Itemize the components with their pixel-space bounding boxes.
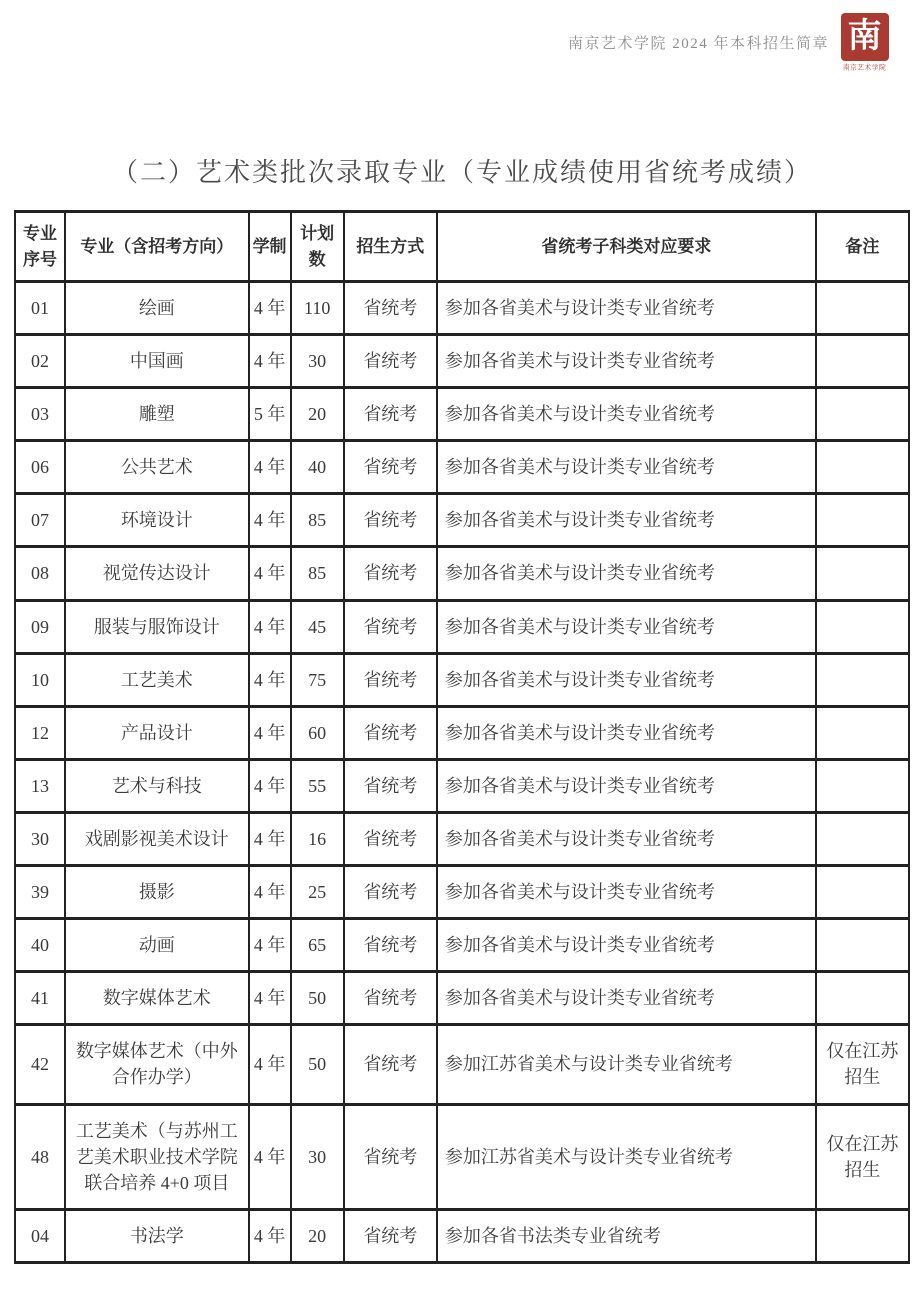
seal-glyph: 南 — [848, 20, 882, 54]
cell-years: 4 年 — [249, 547, 291, 600]
cell-plan: 16 — [291, 812, 344, 865]
cell-requirement: 参加各省美术与设计类专业省统考 — [437, 388, 816, 441]
cell-years: 4 年 — [249, 706, 291, 759]
cell-method: 省统考 — [344, 1104, 437, 1209]
cell-plan: 60 — [291, 706, 344, 759]
cell-plan: 30 — [291, 1104, 344, 1209]
cell-major-no: 42 — [15, 1025, 65, 1104]
cell-method: 省统考 — [344, 494, 437, 547]
cell-years: 5 年 — [249, 388, 291, 441]
cell-remark — [816, 388, 909, 441]
cell-requirement: 参加各省美术与设计类专业省统考 — [437, 441, 816, 494]
cell-remark — [816, 441, 909, 494]
cell-major-name: 公共艺术 — [65, 441, 248, 494]
cell-requirement: 参加各省美术与设计类专业省统考 — [437, 547, 816, 600]
section-title: （二）艺术类批次录取专业（专业成绩使用省统考成绩） — [0, 152, 924, 189]
cell-requirement: 参加各省美术与设计类专业省统考 — [437, 282, 816, 335]
cell-requirement: 参加各省美术与设计类专业省统考 — [437, 812, 816, 865]
cell-years: 4 年 — [249, 759, 291, 812]
cell-requirement: 参加各省书法类专业省统考 — [437, 1209, 816, 1262]
cell-years: 4 年 — [249, 1209, 291, 1262]
cell-remark — [816, 866, 909, 919]
cell-years: 4 年 — [249, 441, 291, 494]
table-row: 12 产品设计 4 年 60 省统考 参加各省美术与设计类专业省统考 — [15, 706, 909, 759]
admissions-table: 专业序号 专业（含招考方向） 学制 计划数 招生方式 省统考子科类对应要求 备注… — [14, 210, 910, 1264]
cell-plan: 65 — [291, 919, 344, 972]
cell-method: 省统考 — [344, 1209, 437, 1262]
cell-years: 4 年 — [249, 972, 291, 1025]
table-row: 40 动画 4 年 65 省统考 参加各省美术与设计类专业省统考 — [15, 919, 909, 972]
cell-major-name: 书法学 — [65, 1209, 248, 1262]
cell-method: 省统考 — [344, 282, 437, 335]
cell-major-no: 40 — [15, 919, 65, 972]
cell-major-name: 工艺美术（与苏州工艺美术职业技术学院联合培养 4+0 项目 — [65, 1104, 248, 1209]
cell-major-no: 06 — [15, 441, 65, 494]
cell-plan: 75 — [291, 653, 344, 706]
cell-method: 省统考 — [344, 866, 437, 919]
cell-method: 省统考 — [344, 441, 437, 494]
seal-icon: 南 — [842, 14, 888, 60]
running-header: 南京艺术学院 2024 年本科招生简章 南 南京艺术学院 — [568, 14, 890, 73]
cell-method: 省统考 — [344, 1025, 437, 1104]
cell-plan: 85 — [291, 494, 344, 547]
cell-method: 省统考 — [344, 759, 437, 812]
seal-caption: 南京艺术学院 — [843, 63, 886, 72]
table-row: 02 中国画 4 年 30 省统考 参加各省美术与设计类专业省统考 — [15, 335, 909, 388]
cell-years: 4 年 — [249, 919, 291, 972]
university-seal: 南 南京艺术学院 — [839, 14, 890, 73]
col-header-plan: 计划数 — [291, 212, 344, 282]
cell-plan: 25 — [291, 866, 344, 919]
cell-remark: 仅在江苏招生 — [816, 1104, 909, 1209]
cell-method: 省统考 — [344, 335, 437, 388]
cell-major-no: 12 — [15, 706, 65, 759]
col-header-major-name: 专业（含招考方向） — [65, 212, 248, 282]
cell-years: 4 年 — [249, 866, 291, 919]
cell-major-name: 工艺美术 — [65, 653, 248, 706]
cell-remark — [816, 494, 909, 547]
cell-years: 4 年 — [249, 282, 291, 335]
cell-requirement: 参加各省美术与设计类专业省统考 — [437, 494, 816, 547]
cell-major-no: 02 — [15, 335, 65, 388]
cell-years: 4 年 — [249, 494, 291, 547]
cell-method: 省统考 — [344, 547, 437, 600]
cell-major-no: 10 — [15, 653, 65, 706]
cell-requirement: 参加各省美术与设计类专业省统考 — [437, 653, 816, 706]
cell-major-name: 视觉传达设计 — [65, 547, 248, 600]
cell-major-no: 13 — [15, 759, 65, 812]
cell-major-name: 服装与服饰设计 — [65, 600, 248, 653]
cell-major-name: 绘画 — [65, 282, 248, 335]
table-header: 专业序号 专业（含招考方向） 学制 计划数 招生方式 省统考子科类对应要求 备注 — [15, 212, 909, 282]
cell-major-no: 07 — [15, 494, 65, 547]
cell-remark — [816, 812, 909, 865]
cell-plan: 20 — [291, 388, 344, 441]
cell-requirement: 参加各省美术与设计类专业省统考 — [437, 706, 816, 759]
cell-requirement: 参加各省美术与设计类专业省统考 — [437, 972, 816, 1025]
cell-remark — [816, 759, 909, 812]
cell-requirement: 参加各省美术与设计类专业省统考 — [437, 600, 816, 653]
cell-years: 4 年 — [249, 653, 291, 706]
cell-major-no: 09 — [15, 600, 65, 653]
cell-remark — [816, 547, 909, 600]
cell-plan: 30 — [291, 335, 344, 388]
cell-major-no: 39 — [15, 866, 65, 919]
table-row: 30 戏剧影视美术设计 4 年 16 省统考 参加各省美术与设计类专业省统考 — [15, 812, 909, 865]
cell-major-no: 03 — [15, 388, 65, 441]
cell-remark — [816, 919, 909, 972]
col-header-requirement: 省统考子科类对应要求 — [437, 212, 816, 282]
cell-method: 省统考 — [344, 919, 437, 972]
cell-plan: 85 — [291, 547, 344, 600]
cell-plan: 50 — [291, 972, 344, 1025]
table-row: 13 艺术与科技 4 年 55 省统考 参加各省美术与设计类专业省统考 — [15, 759, 909, 812]
document-page: 南京艺术学院 2024 年本科招生简章 南 南京艺术学院 （二）艺术类批次录取专… — [0, 0, 924, 1291]
table-row: 06 公共艺术 4 年 40 省统考 参加各省美术与设计类专业省统考 — [15, 441, 909, 494]
col-header-remark: 备注 — [816, 212, 909, 282]
cell-plan: 50 — [291, 1025, 344, 1104]
cell-major-name: 数字媒体艺术（中外合作办学） — [65, 1025, 248, 1104]
cell-plan: 40 — [291, 441, 344, 494]
cell-major-name: 戏剧影视美术设计 — [65, 812, 248, 865]
cell-method: 省统考 — [344, 812, 437, 865]
table-row: 09 服装与服饰设计 4 年 45 省统考 参加各省美术与设计类专业省统考 — [15, 600, 909, 653]
cell-method: 省统考 — [344, 600, 437, 653]
cell-plan: 45 — [291, 600, 344, 653]
cell-major-no: 30 — [15, 812, 65, 865]
cell-remark — [816, 653, 909, 706]
cell-major-name: 艺术与科技 — [65, 759, 248, 812]
cell-years: 4 年 — [249, 335, 291, 388]
cell-major-no: 01 — [15, 282, 65, 335]
cell-remark — [816, 282, 909, 335]
table-row: 04 书法学 4 年 20 省统考 参加各省书法类专业省统考 — [15, 1209, 909, 1262]
cell-method: 省统考 — [344, 388, 437, 441]
header-row: 专业序号 专业（含招考方向） 学制 计划数 招生方式 省统考子科类对应要求 备注 — [15, 212, 909, 282]
table-row: 03 雕塑 5 年 20 省统考 参加各省美术与设计类专业省统考 — [15, 388, 909, 441]
table-body: 01 绘画 4 年 110 省统考 参加各省美术与设计类专业省统考 02 中国画… — [15, 282, 909, 1263]
cell-major-name: 摄影 — [65, 866, 248, 919]
cell-years: 4 年 — [249, 1025, 291, 1104]
table-row: 39 摄影 4 年 25 省统考 参加各省美术与设计类专业省统考 — [15, 866, 909, 919]
cell-remark — [816, 706, 909, 759]
cell-method: 省统考 — [344, 706, 437, 759]
cell-remark — [816, 972, 909, 1025]
cell-requirement: 参加江苏省美术与设计类专业省统考 — [437, 1104, 816, 1209]
cell-major-name: 中国画 — [65, 335, 248, 388]
cell-requirement: 参加江苏省美术与设计类专业省统考 — [437, 1025, 816, 1104]
col-header-major-no: 专业序号 — [15, 212, 65, 282]
cell-major-no: 48 — [15, 1104, 65, 1209]
table-row: 08 视觉传达设计 4 年 85 省统考 参加各省美术与设计类专业省统考 — [15, 547, 909, 600]
table-row: 01 绘画 4 年 110 省统考 参加各省美术与设计类专业省统考 — [15, 282, 909, 335]
cell-remark — [816, 335, 909, 388]
cell-major-no: 08 — [15, 547, 65, 600]
col-header-method: 招生方式 — [344, 212, 437, 282]
table-row: 41 数字媒体艺术 4 年 50 省统考 参加各省美术与设计类专业省统考 — [15, 972, 909, 1025]
col-header-years: 学制 — [249, 212, 291, 282]
table-row: 10 工艺美术 4 年 75 省统考 参加各省美术与设计类专业省统考 — [15, 653, 909, 706]
cell-major-name: 数字媒体艺术 — [65, 972, 248, 1025]
cell-plan: 55 — [291, 759, 344, 812]
cell-years: 4 年 — [249, 1104, 291, 1209]
cell-major-name: 雕塑 — [65, 388, 248, 441]
cell-major-name: 产品设计 — [65, 706, 248, 759]
cell-remark — [816, 1209, 909, 1262]
cell-major-no: 41 — [15, 972, 65, 1025]
cell-requirement: 参加各省美术与设计类专业省统考 — [437, 866, 816, 919]
cell-requirement: 参加各省美术与设计类专业省统考 — [437, 919, 816, 972]
cell-method: 省统考 — [344, 653, 437, 706]
cell-remark: 仅在江苏招生 — [816, 1025, 909, 1104]
cell-years: 4 年 — [249, 812, 291, 865]
cell-plan: 110 — [291, 282, 344, 335]
cell-plan: 20 — [291, 1209, 344, 1262]
cell-remark — [816, 600, 909, 653]
table-row: 07 环境设计 4 年 85 省统考 参加各省美术与设计类专业省统考 — [15, 494, 909, 547]
cell-major-no: 04 — [15, 1209, 65, 1262]
cell-requirement: 参加各省美术与设计类专业省统考 — [437, 759, 816, 812]
cell-method: 省统考 — [344, 972, 437, 1025]
table-row: 48 工艺美术（与苏州工艺美术职业技术学院联合培养 4+0 项目 4 年 30 … — [15, 1104, 909, 1209]
cell-years: 4 年 — [249, 600, 291, 653]
table-row: 42 数字媒体艺术（中外合作办学） 4 年 50 省统考 参加江苏省美术与设计类… — [15, 1025, 909, 1104]
doc-title: 南京艺术学院 2024 年本科招生简章 — [568, 32, 829, 53]
cell-major-name: 环境设计 — [65, 494, 248, 547]
cell-major-name: 动画 — [65, 919, 248, 972]
cell-requirement: 参加各省美术与设计类专业省统考 — [437, 335, 816, 388]
